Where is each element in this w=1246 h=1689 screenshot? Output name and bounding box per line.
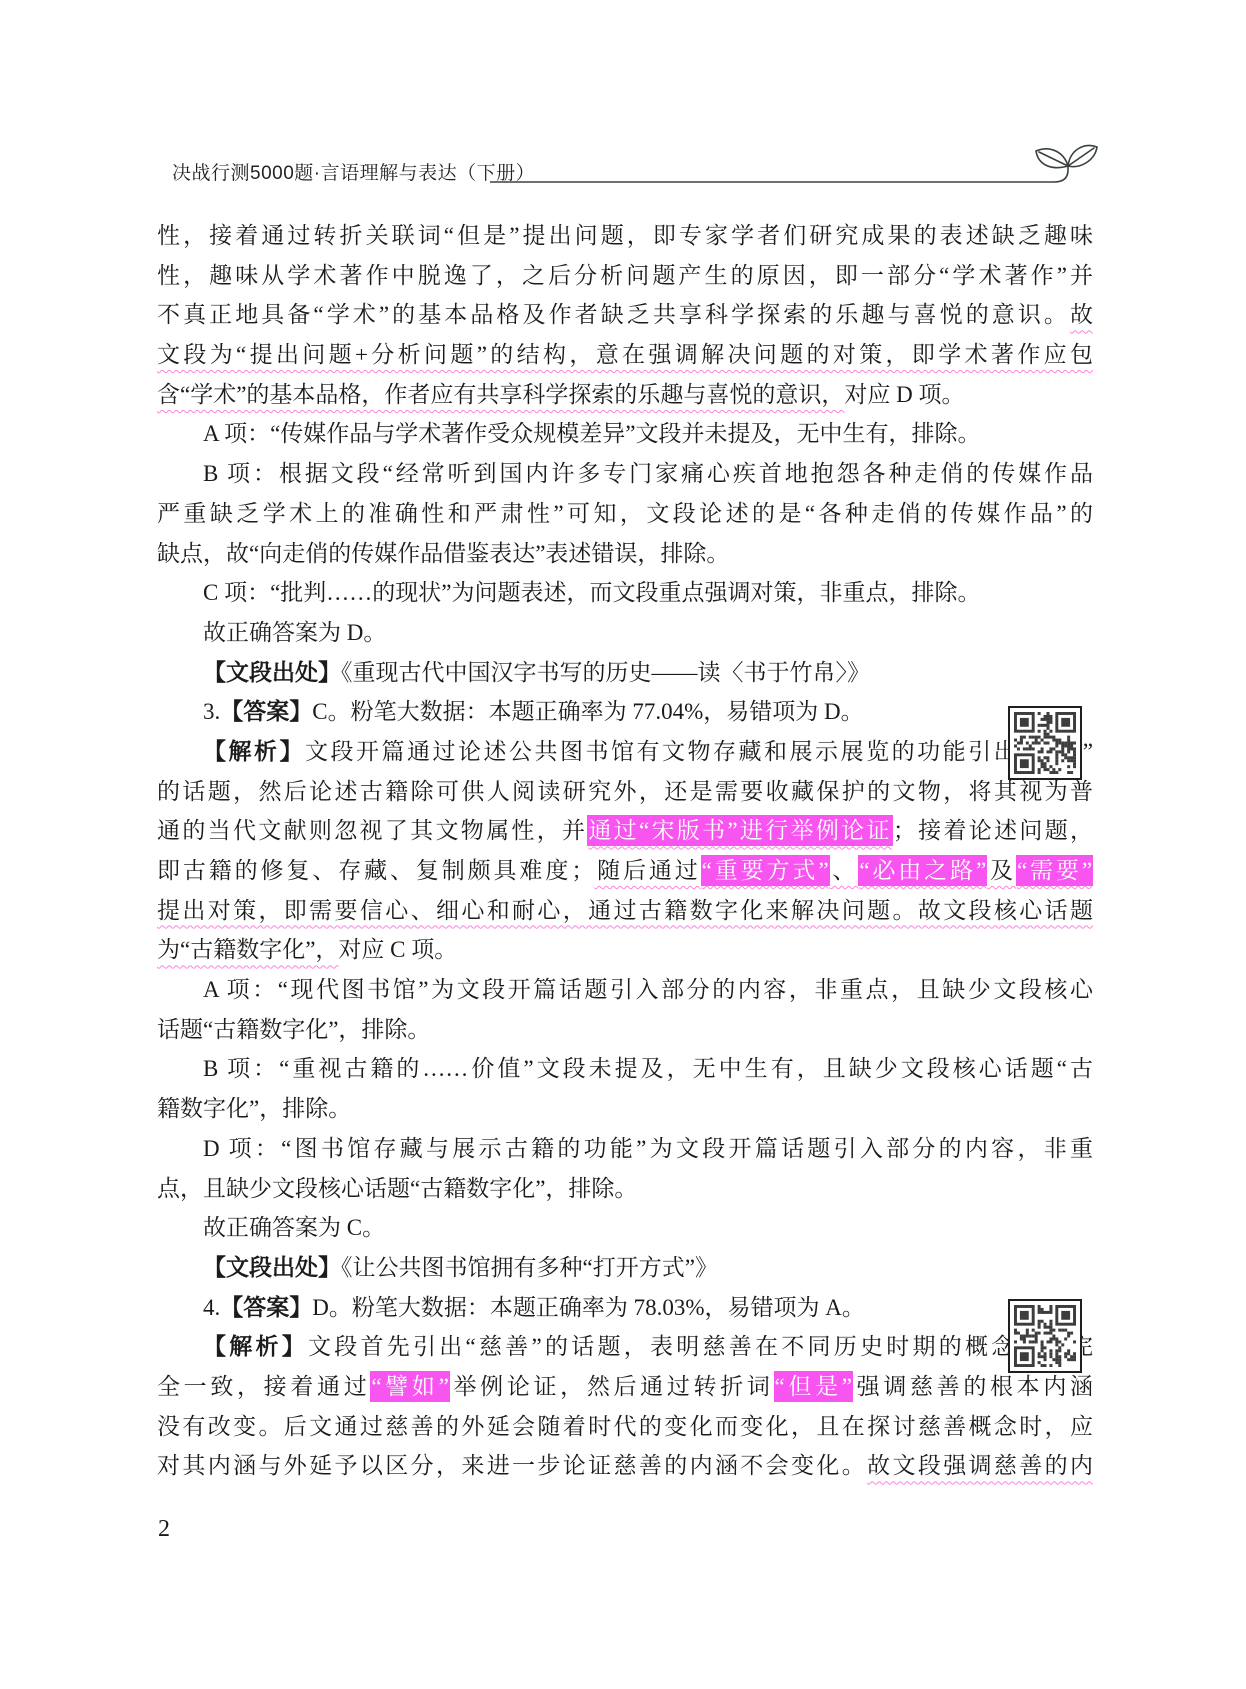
text-line: 全一致，接着通过“譬如”举例论证，然后通过转折词“但是”强调慈善的根本内涵 bbox=[157, 1367, 1093, 1407]
text-line: 为“古籍数字化”，对应 C 项。 bbox=[157, 930, 1093, 970]
text-segment: 含“学术”的基本品格，作者应有共享科学探索的乐趣与喜悦的意识， bbox=[157, 382, 844, 407]
text-segment: 故正确答案为 C。 bbox=[203, 1215, 385, 1240]
text-line: 3.【答案】C。粉笔大数据：本题正确率为 77.04%，易错项为 D。 bbox=[157, 692, 1093, 732]
text-segment: 点，且缺少文段核心话题“古籍数字化”，排除。 bbox=[157, 1176, 637, 1201]
text-line: 故正确答案为 C。 bbox=[157, 1208, 1093, 1248]
text-line: A 项：“现代图书馆”为文段开篇话题引入部分的内容，非重点，且缺少文段核心 bbox=[157, 970, 1093, 1010]
text-segment: 不真正地具备“学术”的基本品格及作者缺乏共享科学探索的乐趣与喜悦的意识。 bbox=[157, 302, 1070, 327]
text-segment: 通的当代文献则忽视了其文物属性，并 bbox=[157, 818, 587, 843]
qr-code-icon bbox=[1008, 706, 1082, 780]
header-rule bbox=[490, 138, 1110, 190]
section-label: 【解析】 bbox=[203, 1333, 308, 1359]
text-segment: C。粉笔大数据：本题正确率为 77.04%，易错项为 D。 bbox=[312, 699, 863, 724]
highlighted-text: “譬如” bbox=[370, 1371, 449, 1402]
text-line: D 项：“图书馆存藏与展示古籍的功能”为文段开篇话题引入部分的内容，非重 bbox=[157, 1129, 1093, 1169]
text-segment: 随后通过 bbox=[594, 858, 700, 883]
text-line: 通的当代文献则忽视了其文物属性，并通过“宋版书”进行举例论证；接着论述问题， bbox=[157, 811, 1093, 851]
text-segment: 、 bbox=[830, 858, 859, 883]
text-segment: 文段为“提出问题+分析问题”的结构，意在强调解决问题的对策，即学术著作应包 bbox=[157, 342, 1093, 367]
text-segment: 严重缺乏学术上的准确性和严肃性”可知，文段论述的是“各种走俏的传媒作品”的 bbox=[157, 501, 1093, 526]
text-segment: 文段首先引出“慈善”的话题，表明慈善在不同历史时期的概念并不完 bbox=[308, 1334, 1093, 1359]
text-segment: 性，趣味从学术著作中脱逸了，之后分析问题产生的原因，即一部分“学术著作”并 bbox=[157, 263, 1093, 288]
text-line: 性，趣味从学术著作中脱逸了，之后分析问题产生的原因，即一部分“学术著作”并 bbox=[157, 256, 1093, 296]
highlighted-text: “必由之路” bbox=[858, 855, 987, 886]
text-line: 【解析】文段首先引出“慈善”的话题，表明慈善在不同历史时期的概念并不完 bbox=[157, 1327, 1093, 1367]
text-segment: 没有改变。后文通过慈善的外延会随着时代的变化而变化，且在探讨慈善概念时，应 bbox=[157, 1414, 1093, 1439]
text-segment: B 项：根据文段“经常听到国内许多专门家痛心疾首地抱怨各种走俏的传媒作品 bbox=[203, 461, 1093, 486]
highlighted-text: “需要” bbox=[1016, 855, 1093, 886]
text-line: 缺点，故“向走俏的传媒作品借鉴表达”表述错误，排除。 bbox=[157, 534, 1093, 574]
text-segment: 籍数字化”，排除。 bbox=[157, 1096, 351, 1121]
text-segment: 3. bbox=[203, 699, 220, 724]
text-segment: C 项：“批判……的现状”为问题表述，而文段重点强调对策，非重点，排除。 bbox=[203, 580, 981, 605]
section-label: 【文段出处】 bbox=[203, 1254, 341, 1280]
text-line: 【解析】文段开篇通过论述公共图书馆有文物存藏和展示展览的功能引出“古籍” bbox=[157, 732, 1093, 772]
text-segment: A 项：“传媒作品与学术著作受众规模差异”文段并未提及，无中生有，排除。 bbox=[203, 421, 981, 446]
text-segment: 对其内涵与外延予以区分，来进一步论证慈善的内涵不会变化。 bbox=[157, 1453, 867, 1478]
text-segment: 缺点，故“向走俏的传媒作品借鉴表达”表述错误，排除。 bbox=[157, 541, 729, 566]
text-segment: ；接着论述问题， bbox=[893, 818, 1093, 843]
text-segment: 4. bbox=[203, 1295, 220, 1320]
text-line: 点，且缺少文段核心话题“古籍数字化”，排除。 bbox=[157, 1169, 1093, 1209]
text-line: 故正确答案为 D。 bbox=[157, 613, 1093, 653]
text-line: 的话题，然后论述古籍除可供人阅读研究外，还是需要收藏保护的文物，将其视为普 bbox=[157, 772, 1093, 812]
text-line: 严重缺乏学术上的准确性和严肃性”可知，文段论述的是“各种走俏的传媒作品”的 bbox=[157, 494, 1093, 534]
text-segment: 举例论证，然后通过转折词 bbox=[450, 1374, 774, 1399]
book-page: 决战行测5000题·言语理解与表达（下册） 性，接着通过转折关联词“但是”提出问… bbox=[0, 0, 1246, 1689]
text-segment: 性，接着通过转折关联词“但是”提出问题，即专家学者们研究成果的表述缺乏趣味 bbox=[157, 223, 1093, 248]
text-line: A 项：“传媒作品与学术著作受众规模差异”文段并未提及，无中生有，排除。 bbox=[157, 414, 1093, 454]
text-line: 含“学术”的基本品格，作者应有共享科学探索的乐趣与喜悦的意识，对应 D 项。 bbox=[157, 375, 1093, 415]
text-line: 不真正地具备“学术”的基本品格及作者缺乏共享科学探索的乐趣与喜悦的意识。故 bbox=[157, 295, 1093, 335]
text-line: 话题“古籍数字化”，排除。 bbox=[157, 1010, 1093, 1050]
text-segment: A 项：“现代图书馆”为文段开篇话题引入部分的内容，非重点，且缺少文段核心 bbox=[203, 977, 1093, 1002]
header-line bbox=[490, 166, 1068, 182]
text-segment: 全一致，接着通过 bbox=[157, 1374, 370, 1399]
book-title: 决战行测5000题·言语理解与表达（下册） bbox=[172, 158, 535, 185]
text-line: 对其内涵与外延予以区分，来进一步论证慈善的内涵不会变化。故文段强调慈善的内 bbox=[157, 1446, 1093, 1486]
text-line: 性，接着通过转折关联词“但是”提出问题，即专家学者们研究成果的表述缺乏趣味 bbox=[157, 216, 1093, 256]
text-line: 【文段出处】《让公共图书馆拥有多种“打开方式”》 bbox=[157, 1248, 1093, 1288]
text-segment: 强调慈善的根本内涵 bbox=[853, 1374, 1093, 1399]
text-line: 没有改变。后文通过慈善的外延会随着时代的变化而变化，且在探讨慈善概念时，应 bbox=[157, 1407, 1093, 1447]
text-segment: 《让公共图书馆拥有多种“打开方式”》 bbox=[341, 1255, 718, 1280]
text-segment: 及 bbox=[987, 858, 1016, 883]
text-segment: 对应 D 项。 bbox=[844, 382, 964, 407]
text-line: 4.【答案】D。粉笔大数据：本题正确率为 78.03%，易错项为 A。 bbox=[157, 1288, 1093, 1328]
section-label: 【答案】 bbox=[220, 698, 312, 724]
text-segment: 对应 C 项。 bbox=[338, 937, 457, 962]
text-segment: 提出对策，即需要信心、细心和耐心，通过古籍数字化来解决问题。故文段核心话题 bbox=[157, 898, 1093, 923]
text-line: 【文段出处】《重现古代中国汉字书写的历史——读〈书于竹帛〉》 bbox=[157, 653, 1093, 693]
page-number: 2 bbox=[158, 1516, 170, 1543]
text-line: B 项：“重视古籍的……价值”文段未提及，无中生有，且缺少文段核心话题“古 bbox=[157, 1049, 1093, 1089]
text-segment: 文段开篇通过论述公共图书馆有文物存藏和展示展览的功能引出“古籍” bbox=[305, 739, 1093, 764]
text-segment: B 项：“重视古籍的……价值”文段未提及，无中生有，且缺少文段核心话题“古 bbox=[203, 1056, 1093, 1081]
text-segment: 话题“古籍数字化”，排除。 bbox=[157, 1017, 430, 1042]
text-segment: 《重现古代中国汉字书写的历史——读〈书于竹帛〉》 bbox=[341, 660, 870, 685]
text-segment: 的话题，然后论述古籍除可供人阅读研究外，还是需要收藏保护的文物，将其视为普 bbox=[157, 779, 1093, 804]
highlighted-text: “但是” bbox=[774, 1371, 853, 1402]
section-label: 【解析】 bbox=[203, 738, 305, 764]
text-line: B 项：根据文段“经常听到国内许多专门家痛心疾首地抱怨各种走俏的传媒作品 bbox=[157, 454, 1093, 494]
text-segment: 为“古籍数字化”， bbox=[157, 937, 338, 962]
text-segment: 故正确答案为 D。 bbox=[203, 620, 386, 645]
text-line: C 项：“批判……的现状”为问题表述，而文段重点强调对策，非重点，排除。 bbox=[157, 573, 1093, 613]
text-line: 提出对策，即需要信心、细心和耐心，通过古籍数字化来解决问题。故文段核心话题 bbox=[157, 891, 1093, 931]
highlighted-text: “重要方式” bbox=[701, 855, 830, 886]
text-segment: 即古籍的修复、存藏、复制颇具难度； bbox=[157, 858, 594, 883]
text-segment: 故文段强调慈善的内 bbox=[867, 1453, 1093, 1478]
section-label: 【答案】 bbox=[220, 1294, 312, 1320]
text-line: 文段为“提出问题+分析问题”的结构，意在强调解决问题的对策，即学术著作应包 bbox=[157, 335, 1093, 375]
qr-code-icon bbox=[1008, 1299, 1082, 1373]
text-line: 即古籍的修复、存藏、复制颇具难度；随后通过“重要方式”、“必由之路”及“需要” bbox=[157, 851, 1093, 891]
sprout-icon bbox=[1036, 146, 1097, 168]
text-line: 籍数字化”，排除。 bbox=[157, 1089, 1093, 1129]
text-segment: 故 bbox=[1070, 302, 1093, 327]
text-segment: D 项：“图书馆存藏与展示古籍的功能”为文段开篇话题引入部分的内容，非重 bbox=[203, 1136, 1093, 1161]
section-label: 【文段出处】 bbox=[203, 659, 341, 685]
highlighted-text: 通过“宋版书”进行举例论证 bbox=[587, 815, 893, 846]
text-segment: D。粉笔大数据：本题正确率为 78.03%，易错项为 A。 bbox=[312, 1295, 865, 1320]
answer-explanations: 性，接着通过转折关联词“但是”提出问题，即专家学者们研究成果的表述缺乏趣味性，趣… bbox=[157, 216, 1093, 1486]
